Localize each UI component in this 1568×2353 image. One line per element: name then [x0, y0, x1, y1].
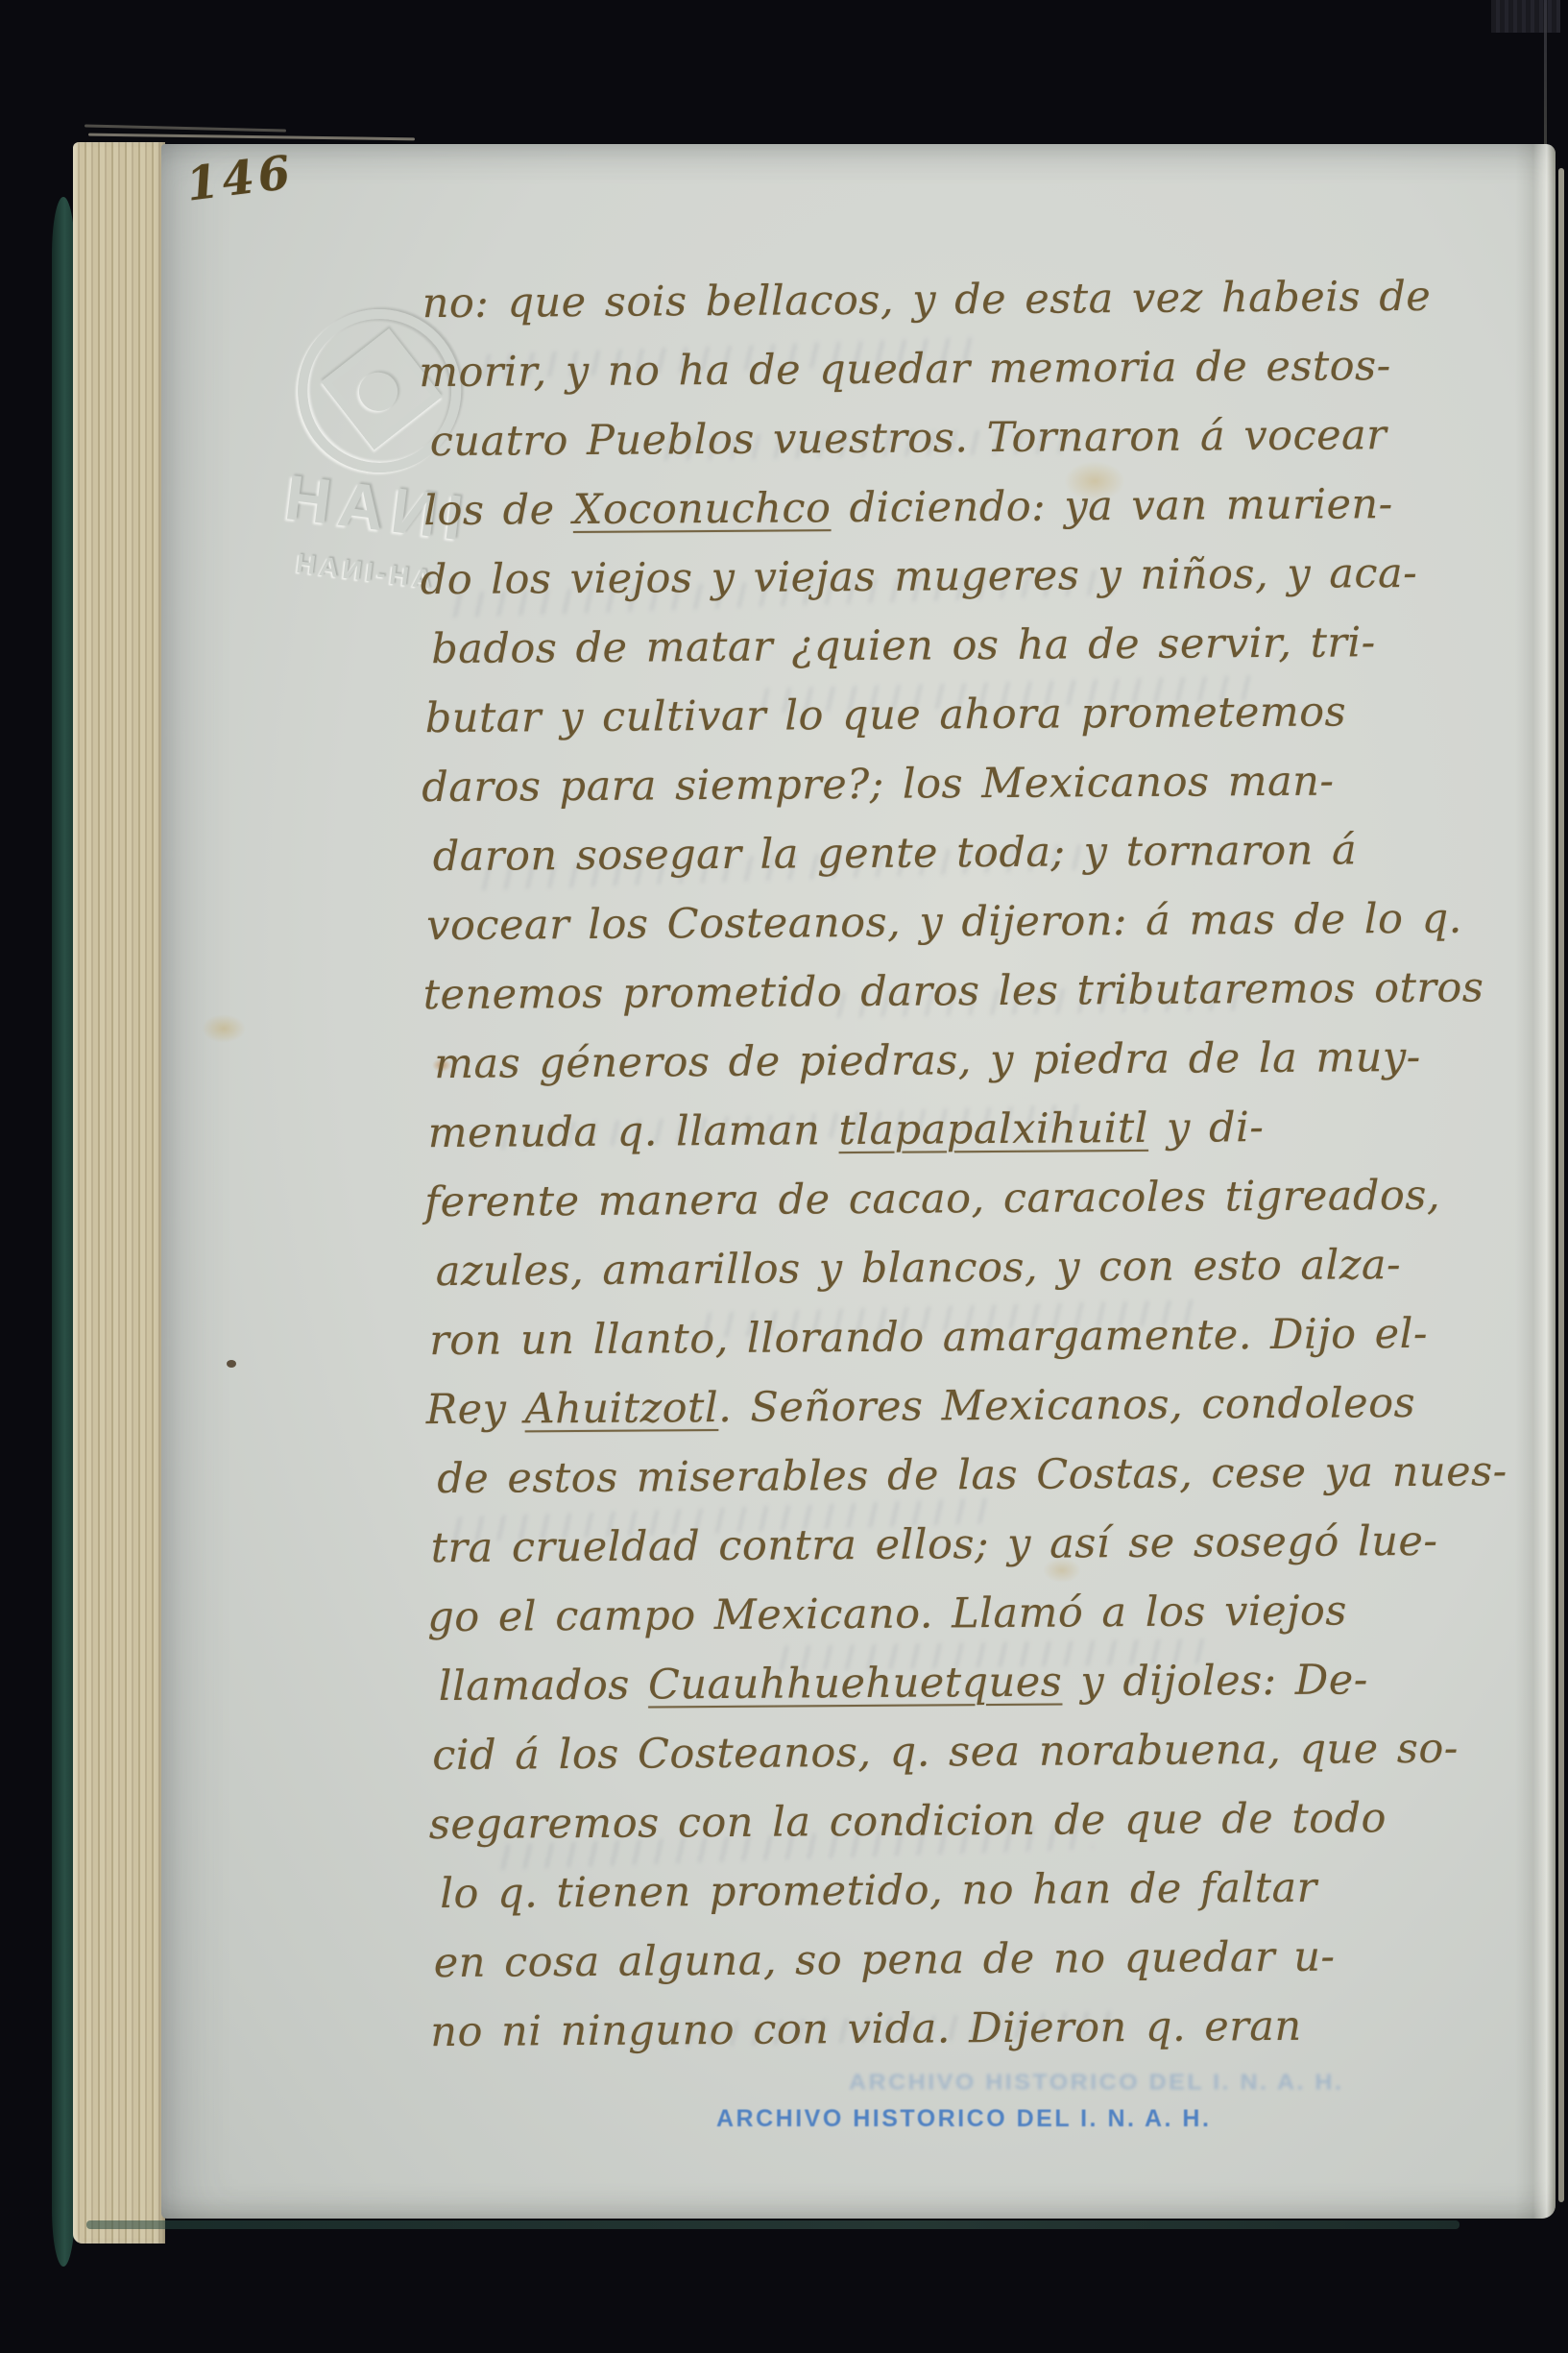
adjacent-page-edge [1558, 168, 1564, 2202]
binding-headband [1491, 0, 1560, 33]
manuscript-text: ferente manera de cacao, caracoles tigre… [424, 1172, 1440, 1226]
manuscript-line: vocear los Costeanos, y dijeron: á mas d… [426, 884, 1556, 960]
stacked-page-corner-line [84, 124, 286, 132]
manuscript-page: 146 INAH AH-INAH no: que sois bellacos, … [161, 144, 1556, 2219]
manuscript-line: menuda q. llaman tlapapalxihuitl y di- [428, 1091, 1556, 1168]
page-number: 146 [183, 145, 297, 211]
manuscript-text: ron un llanto, llorando amargamente. Dij… [429, 1310, 1428, 1365]
scan-background: { "document": { "page_number": "146" }, … [0, 0, 1568, 2353]
manuscript-text: . Señores Mexicanos, condoleos [718, 1379, 1415, 1432]
manuscript-text: llamados [439, 1662, 649, 1711]
manuscript-text: tenemos prometido daros les tributaremos… [423, 963, 1484, 1019]
manuscript-line: azules, amarillos y blancos, y con esto … [436, 1229, 1556, 1306]
stain-mark [202, 1014, 246, 1043]
archive-stamp: ARCHIVO HISTORICO DEL I. N. A. H. [716, 2105, 1211, 2133]
underlined-word: tlapapalxihuitl [838, 1104, 1148, 1154]
manuscript-text: go el campo Mexicano. Llamó a los viejos [427, 1587, 1347, 1641]
manuscript-line: morir, y no ha de quedar memoria de esto… [419, 330, 1556, 407]
manuscript-text: mas géneros de piedras, y piedra de la m… [434, 1033, 1421, 1088]
manuscript-text: Rey [426, 1385, 525, 1434]
stacked-page-corner-line [88, 133, 415, 141]
manuscript-text: daros para siempre?; los Mexicanos man- [422, 758, 1334, 813]
ink-fleck [227, 1360, 236, 1368]
manuscript-line: do los viejos y viejas mugeres y niños, … [420, 538, 1556, 615]
manuscript-text: y di- [1148, 1104, 1265, 1152]
manuscript-line: tra crueldad contra ellos; y así se sose… [431, 1506, 1556, 1583]
manuscript-line: Rey Ahuitzotl. Señores Mexicanos, condol… [426, 1368, 1556, 1444]
manuscript-line: daron sosegar la gente toda; y tornaron … [433, 814, 1556, 891]
manuscript-text: y dijoles: De- [1062, 1656, 1368, 1706]
manuscript-line: cuatro Pueblos vuestros. Tornaron á voce… [429, 400, 1556, 476]
manuscript-text: no: que sois bellacos, y de esta vez hab… [422, 273, 1432, 327]
manuscript-line: en cosa alguna, so pena de no quedar u- [434, 1921, 1556, 1998]
manuscript-text: de estos miserables de las Costas, cese … [437, 1447, 1508, 1503]
manuscript-line: llamados Cuauhhuehuetques y dijoles: De- [439, 1644, 1556, 1721]
page-stack-edge [73, 142, 165, 2244]
manuscript-text: azules, amarillos y blancos, y con esto … [436, 1241, 1402, 1296]
underlined-word: Cuauhhuehuetques [648, 1659, 1063, 1710]
manuscript-text: segaremos con la condicion de que de tod… [429, 1794, 1387, 1849]
book-cover-edge [52, 197, 75, 2267]
manuscript-text: diciendo: ya van murien- [831, 480, 1393, 532]
manuscript-text: daron sosegar la gente toda; y tornaron … [433, 826, 1358, 881]
manuscript-text: lo q. tienen prometido, no han de faltar [440, 1864, 1317, 1918]
underlined-word: Ahuitzotl [524, 1384, 718, 1433]
manuscript-line: no: que sois bellacos, y de esta vez hab… [422, 261, 1555, 338]
bottom-cover-edge [86, 2220, 1459, 2229]
manuscript-line: mas géneros de piedras, y piedra de la m… [434, 1022, 1556, 1099]
manuscript-line: daros para siempre?; los Mexicanos man- [422, 745, 1556, 822]
manuscript-line: ferente manera de cacao, caracoles tigre… [424, 1160, 1556, 1237]
manuscript-text: morir, y no ha de quedar memoria de esto… [419, 342, 1391, 397]
manuscript-text: menuda q. llaman [428, 1106, 839, 1157]
manuscript-text: bados de matar ¿quien os ha de servir, t… [431, 619, 1376, 673]
manuscript-line: bados de matar ¿quien os ha de servir, t… [431, 607, 1556, 684]
manuscript-line: ron un llanto, llorando amargamente. Dij… [429, 1298, 1556, 1375]
manuscript-line: no ni ninguno con vida. Dijeron q. eran [430, 1990, 1556, 2067]
manuscript-line: tenemos prometido daros les tributaremos… [423, 953, 1556, 1030]
manuscript-line: segaremos con la condicion de que de tod… [429, 1783, 1556, 1859]
manuscript-text: cid á los Costeanos, q. sea norabuena, q… [432, 1725, 1459, 1780]
manuscript-text: butar y cultivar lo que ahora prometemos [425, 688, 1347, 742]
manuscript-text: en cosa alguna, so pena de no quedar u- [434, 1933, 1336, 1988]
underlined-word: Xoconuchco [573, 484, 832, 534]
archive-stamp-ghost: ARCHIVO HISTORICO DEL I. N. A. H. [849, 2070, 1343, 2096]
manuscript-text: los de [423, 486, 573, 535]
manuscript-line: go el campo Mexicano. Llamó a los viejos [427, 1575, 1556, 1652]
manuscript-line: cid á los Costeanos, q. sea norabuena, q… [432, 1713, 1556, 1790]
manuscript-text: cuatro Pueblos vuestros. Tornaron á voce… [430, 411, 1387, 466]
manuscript-text: do los viejos y viejas mugeres y niños, … [421, 549, 1418, 604]
manuscript-text: no ni ninguno con vida. Dijeron q. eran [430, 2002, 1302, 2056]
manuscript-text-block: no: que sois bellacos, y de esta vez hab… [422, 261, 1556, 2067]
manuscript-text: vocear los Costeanos, y dijeron: á mas d… [426, 895, 1462, 951]
manuscript-line: de estos miserables de las Costas, cese … [437, 1437, 1556, 1514]
manuscript-text: tra crueldad contra ellos; y así se sose… [431, 1517, 1438, 1572]
manuscript-line: lo q. tienen prometido, no han de faltar [440, 1852, 1556, 1928]
manuscript-line: butar y cultivar lo que ahora prometemos [424, 676, 1556, 753]
manuscript-line: los de Xoconuchco diciendo: ya van murie… [423, 469, 1556, 546]
